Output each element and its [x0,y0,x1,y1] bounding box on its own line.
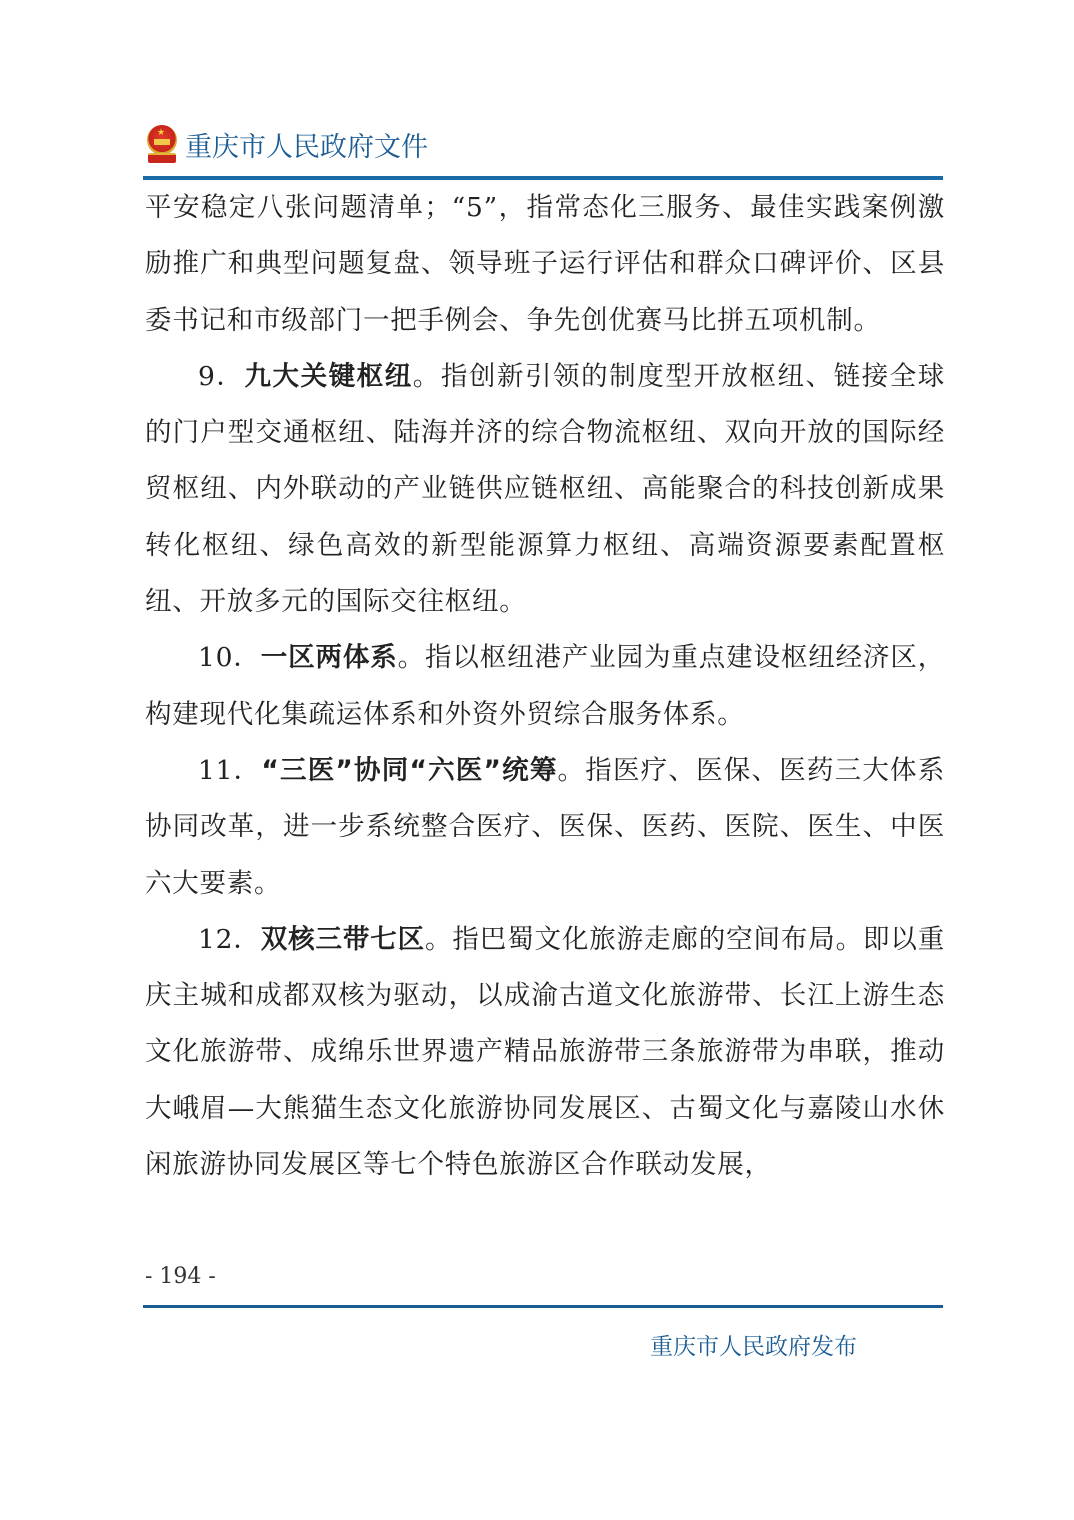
item-term: “三医”协同“六医”统筹 [261,755,557,786]
publisher-label: 重庆市人民政府发布 [650,1328,857,1361]
item-paragraph-11: 11．“三医”协同“六医”统筹。指医疗、医保、医药三大体系协同改革，进一步系统整… [145,743,945,912]
item-text: 。指创新引领的制度型开放枢纽、链接全球的门户型交通枢纽、陆海并济的综合物流枢纽、… [145,361,945,617]
footer-divider [143,1305,943,1308]
item-number: 9． [198,361,244,392]
item-number: 11． [198,755,261,786]
item-number: 10． [198,642,261,673]
item-text: 。指巴蜀文化旅游走廊的空间布局。即以重庆主城和成都双核为驱动，以成渝古道文化旅游… [145,924,945,1180]
item-number: 12． [198,924,261,955]
item-paragraph-9: 9．九大关键枢纽。指创新引领的制度型开放枢纽、链接全球的门户型交通枢纽、陆海并济… [145,349,945,630]
continuation-paragraph: 平安稳定八张问题清单；“5”，指常态化三服务、最佳实践案例激励推广和典型问题复盘… [145,180,945,349]
item-term: 一区两体系 [261,642,398,673]
national-emblem-icon: ★ [145,124,179,164]
document-body: 平安稳定八张问题清单；“5”，指常态化三服务、最佳实践案例激励推广和典型问题复盘… [145,180,945,1193]
header-title: 重庆市人民政府文件 [185,125,428,164]
item-paragraph-12: 12．双核三带七区。指巴蜀文化旅游走廊的空间布局。即以重庆主城和成都双核为驱动，… [145,912,945,1193]
page-number: - 194 - [145,1264,216,1289]
item-term: 九大关键枢纽 [244,361,412,392]
item-paragraph-10: 10．一区两体系。指以枢纽港产业园为重点建设枢纽经济区，构建现代化集疏运体系和外… [145,630,945,743]
document-header: ★ 重庆市人民政府文件 [145,122,428,166]
item-term: 双核三带七区 [261,924,425,955]
